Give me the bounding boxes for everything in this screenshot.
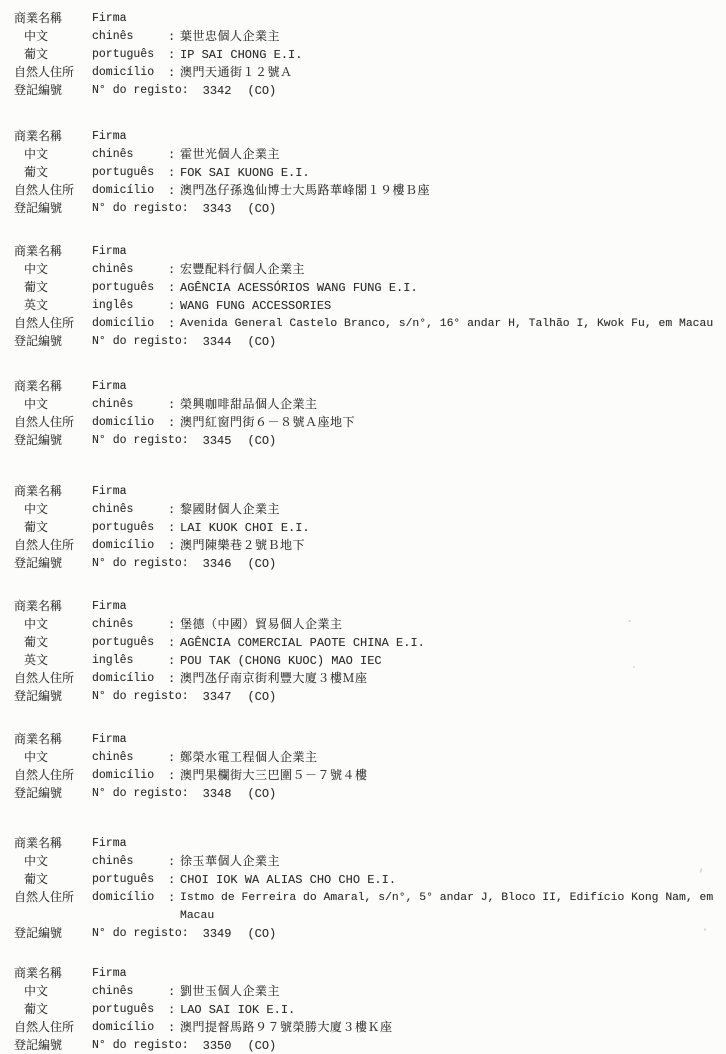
registry-number-value: 3347 <box>203 688 232 706</box>
domicile-label-pt: domicílio <box>92 64 168 82</box>
domicile-label-zh: 自然人住所 <box>14 315 92 333</box>
chinese-label-pt: chinês <box>92 28 168 46</box>
registry-number-value: 3346 <box>203 555 232 573</box>
registry-row: 登記編號 N° do registo: 3349 (CO) <box>14 925 722 943</box>
registration-entry: 商業名稱 Firma 中文 chinês : 榮興咖啡甜品個人企業主 自然人住所… <box>14 378 722 450</box>
chinese-name-value: 堡德（中國）貿易個人企業主 <box>180 616 722 634</box>
colon: : <box>168 616 180 634</box>
portuguese-name-row: 葡文 português : LAI KUOK CHOI E.I. <box>14 519 722 537</box>
chinese-name-row: 中文 chinês : 黎國財個人企業主 <box>14 501 722 519</box>
chinese-name-row: 中文 chinês : 堡德（中國）貿易個人企業主 <box>14 616 722 634</box>
colon: : <box>168 164 180 182</box>
registration-entry: 商業名稱 Firma 中文 chinês : 黎國財個人企業主 葡文 portu… <box>14 483 722 573</box>
domicile-row: 自然人住所 domicílio : 澳門紅窗門街６－８號Ａ座地下 <box>14 414 722 432</box>
registry-label-zh: 登記編號 <box>14 555 92 573</box>
domicile-label-zh: 自然人住所 <box>14 537 92 555</box>
firm-label-pt: Firma <box>92 10 168 28</box>
domicile-label-pt: domicílio <box>92 315 168 333</box>
firm-label-zh: 商業名稱 <box>14 378 92 396</box>
portuguese-label-zh: 葡文 <box>14 1001 92 1019</box>
chinese-label-zh: 中文 <box>14 28 92 46</box>
chinese-label-pt: chinês <box>92 749 168 767</box>
domicile-value: Avenida General Castelo Branco, s/n°, 16… <box>180 315 722 333</box>
domicile-label-zh: 自然人住所 <box>14 670 92 688</box>
scan-speck <box>628 620 631 622</box>
portuguese-label-zh: 葡文 <box>14 46 92 64</box>
english-name-row: 英文 inglês : POU TAK (CHONG KUOC) MAO IEC <box>14 652 722 670</box>
colon: : <box>168 146 180 164</box>
chinese-name-value: 鄭榮水電工程個人企業主 <box>180 749 722 767</box>
domicile-label-zh: 自然人住所 <box>14 182 92 200</box>
domicile-label-pt: domicílio <box>92 767 168 785</box>
registry-row: 登記編號 N° do registo: 3344 (CO) <box>14 333 722 351</box>
domicile-row: 自然人住所 domicílio : 澳門果欄街大三巴圍５－７號４樓 <box>14 767 722 785</box>
domicile-label-zh: 自然人住所 <box>14 767 92 785</box>
chinese-label-zh: 中文 <box>14 983 92 1001</box>
chinese-name-row: 中文 chinês : 徐玉華個人企業主 <box>14 853 722 871</box>
domicile-row: 自然人住所 domicílio : Istmo de Ferreira do A… <box>14 889 722 925</box>
domicile-label-pt: domicílio <box>92 1019 168 1037</box>
colon: : <box>168 315 180 333</box>
registry-label-pt: N° do registo: <box>92 688 189 706</box>
portuguese-label-zh: 葡文 <box>14 519 92 537</box>
english-name-value: POU TAK (CHONG KUOC) MAO IEC <box>180 652 722 670</box>
firm-label-zh: 商業名稱 <box>14 243 92 261</box>
registry-number-value: 3344 <box>203 333 232 351</box>
firm-label-pt: Firma <box>92 731 168 749</box>
registry-label-zh: 登記編號 <box>14 1037 92 1054</box>
chinese-label-zh: 中文 <box>14 616 92 634</box>
chinese-name-value: 徐玉華個人企業主 <box>180 853 722 871</box>
domicile-label-zh: 自然人住所 <box>14 1019 92 1037</box>
portuguese-label-zh: 葡文 <box>14 634 92 652</box>
firm-label-zh: 商業名稱 <box>14 483 92 501</box>
chinese-label-zh: 中文 <box>14 146 92 164</box>
chinese-name-row: 中文 chinês : 劉世玉個人企業主 <box>14 983 722 1001</box>
registry-label-zh: 登記編號 <box>14 432 92 450</box>
registry-row: 登記編號 N° do registo: 3346 (CO) <box>14 555 722 573</box>
registry-type-value: (CO) <box>247 82 276 100</box>
registry-row: 登記編號 N° do registo: 3343 (CO) <box>14 200 722 218</box>
domicile-value: 澳門果欄街大三巴圍５－７號４樓 <box>180 767 722 785</box>
registry-type-value: (CO) <box>247 1037 276 1054</box>
domicile-value: 澳門氹仔孫逸仙博士大馬路華峰閣１９樓Ｂ座 <box>180 182 722 200</box>
portuguese-name-row: 葡文 português : LAO SAI IOK E.I. <box>14 1001 722 1019</box>
firm-label-zh: 商業名稱 <box>14 731 92 749</box>
chinese-name-row: 中文 chinês : 宏豐配料行個人企業主 <box>14 261 722 279</box>
domicile-label-zh: 自然人住所 <box>14 64 92 82</box>
registration-entry: 商業名稱 Firma 中文 chinês : 堡德（中國）貿易個人企業主 葡文 … <box>14 598 722 706</box>
domicile-value: 澳門紅窗門街６－８號Ａ座地下 <box>180 414 722 432</box>
registry-label-zh: 登記編號 <box>14 200 92 218</box>
registry-number-value: 3342 <box>203 82 232 100</box>
chinese-name-row: 中文 chinês : 榮興咖啡甜品個人企業主 <box>14 396 722 414</box>
chinese-label-pt: chinês <box>92 396 168 414</box>
domicile-row: 自然人住所 domicílio : 澳門提督馬路９７號榮勝大廈３樓Ｋ座 <box>14 1019 722 1037</box>
chinese-name-value: 霍世光個人企業主 <box>180 146 722 164</box>
chinese-name-value: 榮興咖啡甜品個人企業主 <box>180 396 722 414</box>
registry-label-pt: N° do registo: <box>92 82 189 100</box>
domicile-label-pt: domicílio <box>92 889 168 907</box>
portuguese-label-pt: português <box>92 279 168 297</box>
registry-row: 登記編號 N° do registo: 3342 (CO) <box>14 82 722 100</box>
colon: : <box>168 414 180 432</box>
portuguese-name-value: LAO SAI IOK E.I. <box>180 1001 722 1019</box>
firm-label-pt: Firma <box>92 835 168 853</box>
registry-label-pt: N° do registo: <box>92 200 189 218</box>
registry-type-value: (CO) <box>247 432 276 450</box>
registry-row: 登記編號 N° do registo: 3348 (CO) <box>14 785 722 803</box>
chinese-name-row: 中文 chinês : 鄭榮水電工程個人企業主 <box>14 749 722 767</box>
registry-label-pt: N° do registo: <box>92 555 189 573</box>
portuguese-name-value: AGÊNCIA ACESSÓRIOS WANG FUNG E.I. <box>180 279 722 297</box>
scan-speck <box>704 928 706 931</box>
registry-number-value: 3350 <box>203 1037 232 1054</box>
chinese-name-value: 劉世玉個人企業主 <box>180 983 722 1001</box>
chinese-label-pt: chinês <box>92 261 168 279</box>
registry-label-pt: N° do registo: <box>92 785 189 803</box>
firm-label-zh: 商業名稱 <box>14 598 92 616</box>
portuguese-name-row: 葡文 português : AGÊNCIA COMERCIAL PAOTE C… <box>14 634 722 652</box>
portuguese-label-pt: português <box>92 1001 168 1019</box>
domicile-label-pt: domicílio <box>92 670 168 688</box>
colon: : <box>168 983 180 1001</box>
domicile-label-zh: 自然人住所 <box>14 889 92 907</box>
portuguese-name-row: 葡文 português : CHOI IOK WA ALIAS CHO CHO… <box>14 871 722 889</box>
registry-number-value: 3348 <box>203 785 232 803</box>
colon: : <box>168 1001 180 1019</box>
firm-row: 商業名稱 Firma <box>14 10 722 28</box>
colon: : <box>168 749 180 767</box>
portuguese-label-pt: português <box>92 46 168 64</box>
firm-label-zh: 商業名稱 <box>14 835 92 853</box>
domicile-row: 自然人住所 domicílio : 澳門天通街１２號Ａ <box>14 64 722 82</box>
registry-label-zh: 登記編號 <box>14 785 92 803</box>
registry-label-zh: 登記編號 <box>14 688 92 706</box>
registry-row: 登記編號 N° do registo: 3345 (CO) <box>14 432 722 450</box>
chinese-label-pt: chinês <box>92 501 168 519</box>
portuguese-name-value: IP SAI CHONG E.I. <box>180 46 722 64</box>
english-label-pt: inglês <box>92 652 168 670</box>
colon: : <box>168 652 180 670</box>
domicile-row: 自然人住所 domicílio : 澳門陳樂巷２號Ｂ地下 <box>14 537 722 555</box>
registry-type-value: (CO) <box>247 785 276 803</box>
firm-label-pt: Firma <box>92 598 168 616</box>
firm-label-pt: Firma <box>92 965 168 983</box>
scan-speck <box>633 666 635 668</box>
portuguese-name-row: 葡文 português : AGÊNCIA ACESSÓRIOS WANG F… <box>14 279 722 297</box>
chinese-name-row: 中文 chinês : 葉世忠個人企業主 <box>14 28 722 46</box>
chinese-label-zh: 中文 <box>14 396 92 414</box>
domicile-label-pt: domicílio <box>92 537 168 555</box>
registry-row: 登記編號 N° do registo: 3350 (CO) <box>14 1037 722 1054</box>
firm-row: 商業名稱 Firma <box>14 965 722 983</box>
chinese-label-pt: chinês <box>92 853 168 871</box>
registry-label-pt: N° do registo: <box>92 1037 189 1054</box>
portuguese-label-zh: 葡文 <box>14 871 92 889</box>
colon: : <box>168 279 180 297</box>
colon: : <box>168 64 180 82</box>
domicile-row: 自然人住所 domicílio : 澳門氹仔南京街利豐大廈３樓Ｍ座 <box>14 670 722 688</box>
registration-entry: 商業名稱 Firma 中文 chinês : 宏豐配料行個人企業主 葡文 por… <box>14 243 722 351</box>
english-label-pt: inglês <box>92 297 168 315</box>
registry-type-value: (CO) <box>247 333 276 351</box>
chinese-name-value: 葉世忠個人企業主 <box>180 28 722 46</box>
firm-label-pt: Firma <box>92 378 168 396</box>
domicile-row: 自然人住所 domicílio : Avenida General Castel… <box>14 315 722 333</box>
domicile-value: 澳門天通街１２號Ａ <box>180 64 722 82</box>
chinese-label-pt: chinês <box>92 146 168 164</box>
registration-entry: 商業名稱 Firma 中文 chinês : 劉世玉個人企業主 葡文 portu… <box>14 965 722 1054</box>
colon: : <box>168 182 180 200</box>
chinese-name-value: 宏豐配料行個人企業主 <box>180 261 722 279</box>
english-label-zh: 英文 <box>14 652 92 670</box>
colon: : <box>168 537 180 555</box>
chinese-name-value: 黎國財個人企業主 <box>180 501 722 519</box>
colon: : <box>168 396 180 414</box>
chinese-label-zh: 中文 <box>14 501 92 519</box>
portuguese-name-value: CHOI IOK WA ALIAS CHO CHO E.I. <box>180 871 722 889</box>
portuguese-label-pt: português <box>92 871 168 889</box>
registry-row: 登記編號 N° do registo: 3347 (CO) <box>14 688 722 706</box>
domicile-value: Istmo de Ferreira do Amaral, s/n°, 5° an… <box>180 889 722 925</box>
portuguese-name-value: AGÊNCIA COMERCIAL PAOTE CHINA E.I. <box>180 634 722 652</box>
colon: : <box>168 261 180 279</box>
english-name-value: WANG FUNG ACCESSORIES <box>180 297 722 315</box>
registry-number-value: 3343 <box>203 200 232 218</box>
registry-label-zh: 登記編號 <box>14 82 92 100</box>
registry-label-pt: N° do registo: <box>92 925 189 943</box>
firm-row: 商業名稱 Firma <box>14 731 722 749</box>
firm-label-pt: Firma <box>92 243 168 261</box>
colon: : <box>168 519 180 537</box>
chinese-label-pt: chinês <box>92 616 168 634</box>
colon: : <box>168 767 180 785</box>
registration-entry: 商業名稱 Firma 中文 chinês : 葉世忠個人企業主 葡文 portu… <box>14 10 722 100</box>
english-name-row: 英文 inglês : WANG FUNG ACCESSORIES <box>14 297 722 315</box>
chinese-label-zh: 中文 <box>14 261 92 279</box>
firm-row: 商業名稱 Firma <box>14 243 722 261</box>
colon: : <box>168 634 180 652</box>
portuguese-name-row: 葡文 português : IP SAI CHONG E.I. <box>14 46 722 64</box>
firm-label-pt: Firma <box>92 128 168 146</box>
chinese-label-pt: chinês <box>92 983 168 1001</box>
domicile-row: 自然人住所 domicílio : 澳門氹仔孫逸仙博士大馬路華峰閣１９樓Ｂ座 <box>14 182 722 200</box>
portuguese-label-zh: 葡文 <box>14 279 92 297</box>
portuguese-name-row: 葡文 português : FOK SAI KUONG E.I. <box>14 164 722 182</box>
colon: : <box>168 501 180 519</box>
registry-label-pt: N° do registo: <box>92 333 189 351</box>
colon: : <box>168 46 180 64</box>
firm-label-pt: Firma <box>92 483 168 501</box>
colon: : <box>168 28 180 46</box>
domicile-label-zh: 自然人住所 <box>14 414 92 432</box>
chinese-name-row: 中文 chinês : 霍世光個人企業主 <box>14 146 722 164</box>
registry-label-zh: 登記編號 <box>14 925 92 943</box>
registry-type-value: (CO) <box>247 688 276 706</box>
scanned-registry-page: 商業名稱 Firma 中文 chinês : 葉世忠個人企業主 葡文 portu… <box>0 0 726 1054</box>
registration-entry: 商業名稱 Firma 中文 chinês : 鄭榮水電工程個人企業主 自然人住所… <box>14 731 722 803</box>
portuguese-label-pt: português <box>92 164 168 182</box>
firm-row: 商業名稱 Firma <box>14 378 722 396</box>
firm-row: 商業名稱 Firma <box>14 483 722 501</box>
registration-entry: 商業名稱 Firma 中文 chinês : 徐玉華個人企業主 葡文 portu… <box>14 835 722 943</box>
registry-label-zh: 登記編號 <box>14 333 92 351</box>
domicile-value: 澳門陳樂巷２號Ｂ地下 <box>180 537 722 555</box>
domicile-value: 澳門提督馬路９７號榮勝大廈３樓Ｋ座 <box>180 1019 722 1037</box>
colon: : <box>168 853 180 871</box>
registry-type-value: (CO) <box>247 200 276 218</box>
registration-entry: 商業名稱 Firma 中文 chinês : 霍世光個人企業主 葡文 portu… <box>14 128 722 218</box>
registry-label-pt: N° do registo: <box>92 432 189 450</box>
chinese-label-zh: 中文 <box>14 853 92 871</box>
colon: : <box>168 670 180 688</box>
registry-type-value: (CO) <box>247 925 276 943</box>
colon: : <box>168 297 180 315</box>
domicile-label-pt: domicílio <box>92 414 168 432</box>
registry-type-value: (CO) <box>247 555 276 573</box>
portuguese-name-value: FOK SAI KUONG E.I. <box>180 164 722 182</box>
firm-label-zh: 商業名稱 <box>14 10 92 28</box>
firm-row: 商業名稱 Firma <box>14 598 722 616</box>
firm-label-zh: 商業名稱 <box>14 128 92 146</box>
registry-number-value: 3345 <box>203 432 232 450</box>
firm-label-zh: 商業名稱 <box>14 965 92 983</box>
domicile-label-pt: domicílio <box>92 182 168 200</box>
registry-number-value: 3349 <box>203 925 232 943</box>
firm-row: 商業名稱 Firma <box>14 128 722 146</box>
colon: : <box>168 871 180 889</box>
english-label-zh: 英文 <box>14 297 92 315</box>
firm-row: 商業名稱 Firma <box>14 835 722 853</box>
colon: : <box>168 889 180 907</box>
portuguese-label-zh: 葡文 <box>14 164 92 182</box>
portuguese-label-pt: português <box>92 634 168 652</box>
domicile-value: 澳門氹仔南京街利豐大廈３樓Ｍ座 <box>180 670 722 688</box>
portuguese-name-value: LAI KUOK CHOI E.I. <box>180 519 722 537</box>
colon: : <box>168 1019 180 1037</box>
portuguese-label-pt: português <box>92 519 168 537</box>
chinese-label-zh: 中文 <box>14 749 92 767</box>
